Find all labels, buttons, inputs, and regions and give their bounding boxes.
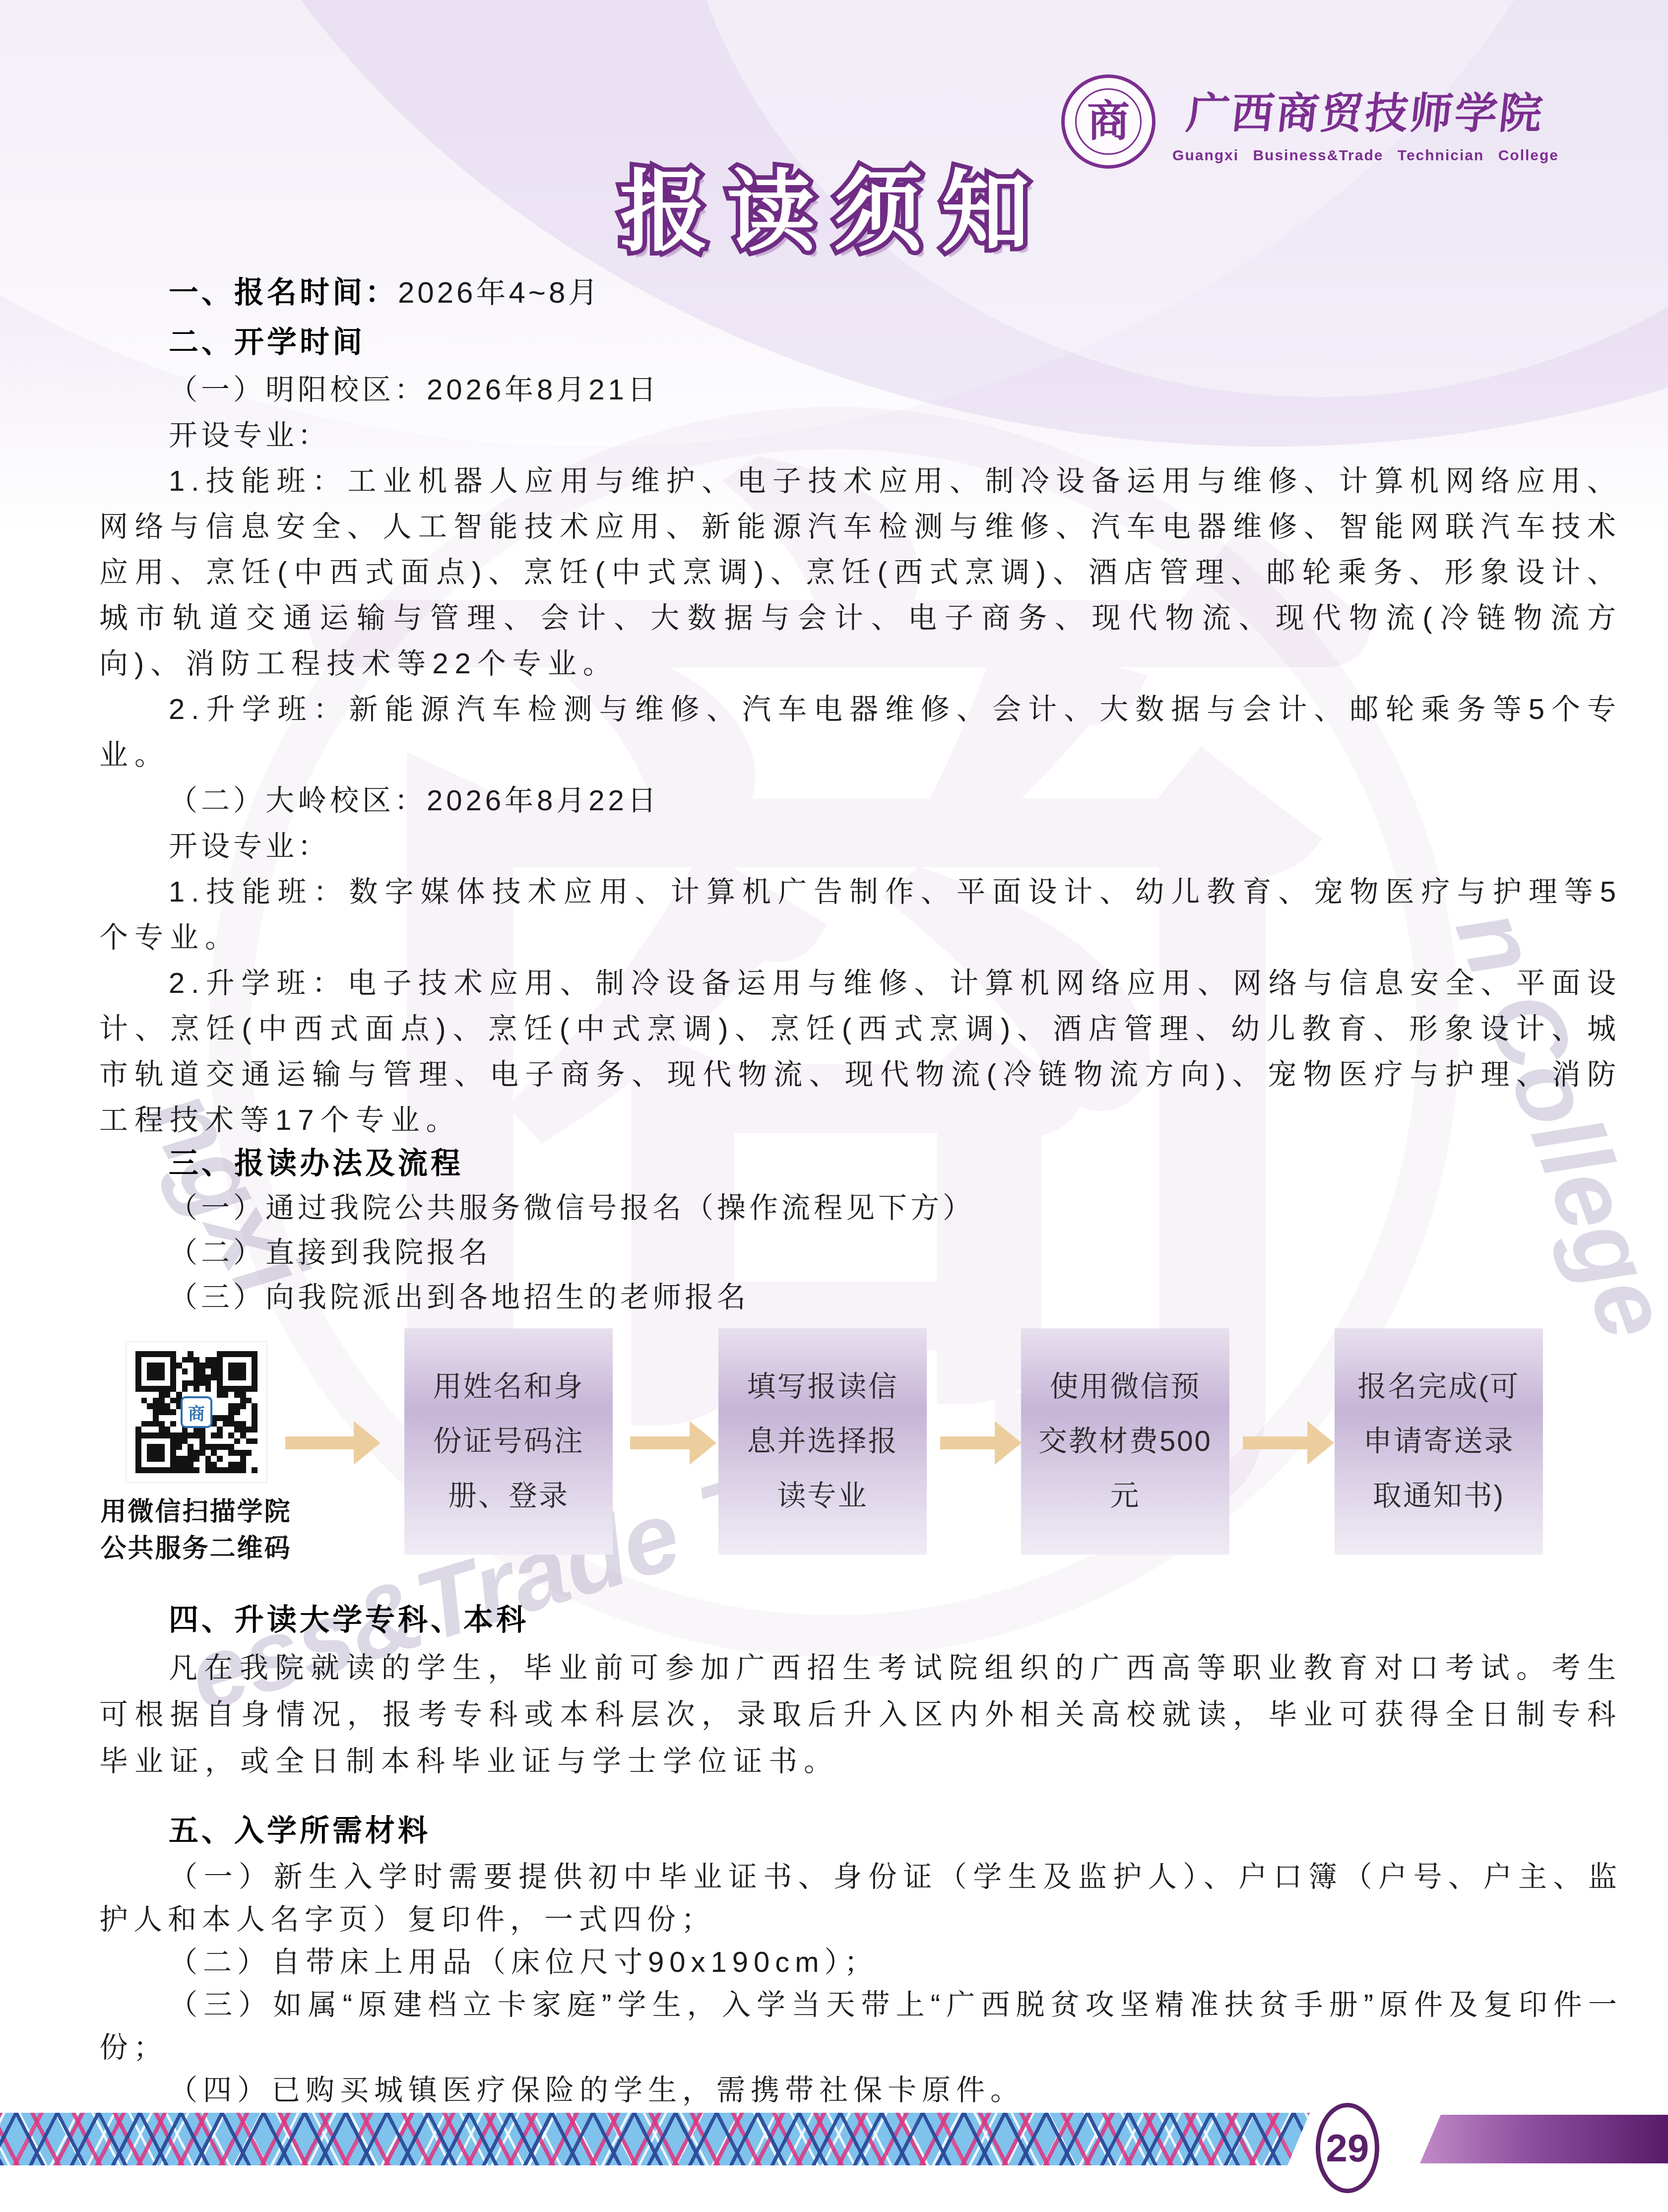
section-4-paragraph: 凡在我院就读的学生，毕业前可参加广西招生考试院组织的广西高等职业教育对口考试。考… xyxy=(99,1645,1622,1785)
notice-page: 商 ess&Trade Te n College ngxi 商 广西商贸技师学院… xyxy=(0,0,1668,2212)
flow-step-complete: 报名完成(可申请寄送录取通知书) xyxy=(1335,1328,1543,1555)
qr-code: 商 xyxy=(135,1351,257,1473)
section-1-heading: 一、报名时间：2026年4~8月 xyxy=(99,268,1622,318)
college-logo-character: 商 xyxy=(1087,100,1130,143)
section-1-value: 2026年4~8月 xyxy=(398,276,601,309)
section-enrollment-info: 一、报名时间：2026年4~8月 二、开学时间 （一）明阳校区：2026年8月2… xyxy=(99,268,1622,1143)
material-item: （三）如属“原建档立卡家庭”学生，入学当天带上“广西脱贫攻坚精准扶贫手册”原件及… xyxy=(99,1984,1622,2069)
campus1-offered-label: 开设专业： xyxy=(99,413,1622,458)
section-2-heading: 二、开学时间 xyxy=(99,318,1622,367)
material-item: （二）自带床上用品（床位尺寸90x190cm）； xyxy=(99,1941,1622,1984)
section-4-heading: 四、升读大学专科、本科 xyxy=(99,1595,1622,1645)
flow-step-fill-info: 填写报读信息并选择报读专业 xyxy=(718,1328,927,1555)
qr-code-frame: 商 xyxy=(127,1342,266,1482)
college-names: 广西商贸技师学院 Guangxi Business&Trade Technici… xyxy=(1172,79,1559,164)
section-college-upgrade: 四、升读大学专科、本科 凡在我院就读的学生，毕业前可参加广西招生考试院组织的广西… xyxy=(99,1595,1622,1785)
brocade-pattern-band xyxy=(0,2113,1310,2165)
qr-caption-line1: 用微信扫描学院 xyxy=(89,1494,303,1530)
section-required-materials: 五、入学所需材料 （一）新生入学时需要提供初中毕业证书、身份证（学生及监护人）、… xyxy=(99,1806,1622,2112)
campus2-upgrade-majors: 2.升学班：电子技术应用、制冷设备运用与维修、计算机网络应用、网络与信息安全、平… xyxy=(99,961,1622,1143)
page-number-badge: 29 xyxy=(1316,2103,1379,2193)
registration-flow-diagram: 商 用微信扫描学院 公共服务二维码 用姓名和身份证号码注册、登录 填写报读信息并… xyxy=(0,1317,1668,1595)
method-item: （二）直接到我院报名 xyxy=(99,1231,1622,1275)
page-title: 报读须知 报读须知 xyxy=(0,164,1668,273)
method-item: （一）通过我院公共服务微信号报名（操作流程见下方） xyxy=(99,1186,1622,1231)
qr-caption-line2: 公共服务二维码 xyxy=(89,1530,303,1567)
flow-arrow-icon xyxy=(940,1436,996,1449)
material-item: （一）新生入学时需要提供初中毕业证书、身份证（学生及监护人）、户口簿（户号、户主… xyxy=(99,1856,1622,1941)
campus2-date-line: （二）大岭校区：2026年8月22日 xyxy=(99,778,1622,824)
college-name-chinese: 广西商贸技师学院 xyxy=(1184,79,1547,140)
method-item: （三）向我院派出到各地招生的老师报名 xyxy=(99,1275,1622,1320)
qr-caption: 用微信扫描学院 公共服务二维码 xyxy=(89,1494,303,1567)
section-1-label: 一、报名时间： xyxy=(169,276,398,309)
college-logo-icon: 商 xyxy=(1061,74,1155,169)
flow-arrow-icon xyxy=(630,1436,691,1449)
campus2-offered-label: 开设专业： xyxy=(99,824,1622,869)
flow-arrow-icon xyxy=(285,1436,355,1449)
campus2-skill-majors: 1.技能班：数字媒体技术应用、计算机广告制作、平面设计、幼儿教育、宠物医疗与护理… xyxy=(99,869,1622,961)
section-application-methods: 三、报读办法及流程 （一）通过我院公共服务微信号报名（操作流程见下方） （二）直… xyxy=(99,1141,1622,1320)
flow-step-register: 用姓名和身份证号码注册、登录 xyxy=(404,1328,613,1555)
campus1-upgrade-majors: 2.升学班：新能源汽车检测与维修、汽车电器维修、会计、大数据与会计、邮轮乘务等5… xyxy=(99,687,1622,778)
campus1-skill-majors: 1.技能班：工业机器人应用与维护、电子技术应用、制冷设备运用与维修、计算机网络应… xyxy=(99,458,1622,687)
campus1-date-line: （一）明阳校区：2026年8月21日 xyxy=(99,367,1622,413)
college-name-english: Guangxi Business&Trade Technician Colleg… xyxy=(1172,147,1559,164)
college-logo-inner-ring: 商 xyxy=(1075,88,1142,155)
qr-center-logo-icon: 商 xyxy=(181,1396,212,1428)
flow-arrow-icon xyxy=(1243,1436,1308,1449)
college-header: 商 广西商贸技师学院 Guangxi Business&Trade Techni… xyxy=(1061,74,1559,169)
section-3-heading: 三、报读办法及流程 xyxy=(99,1141,1622,1186)
flow-step-pay-fee: 使用微信预交教材费500元 xyxy=(1021,1328,1229,1555)
purple-end-bar xyxy=(1420,2115,1668,2163)
page-title-fill: 报读须知 xyxy=(0,164,1668,261)
section-5-heading: 五、入学所需材料 xyxy=(99,1806,1622,1856)
material-item: （四）已购买城镇医疗保险的学生，需携带社保卡原件。 xyxy=(99,2069,1622,2112)
